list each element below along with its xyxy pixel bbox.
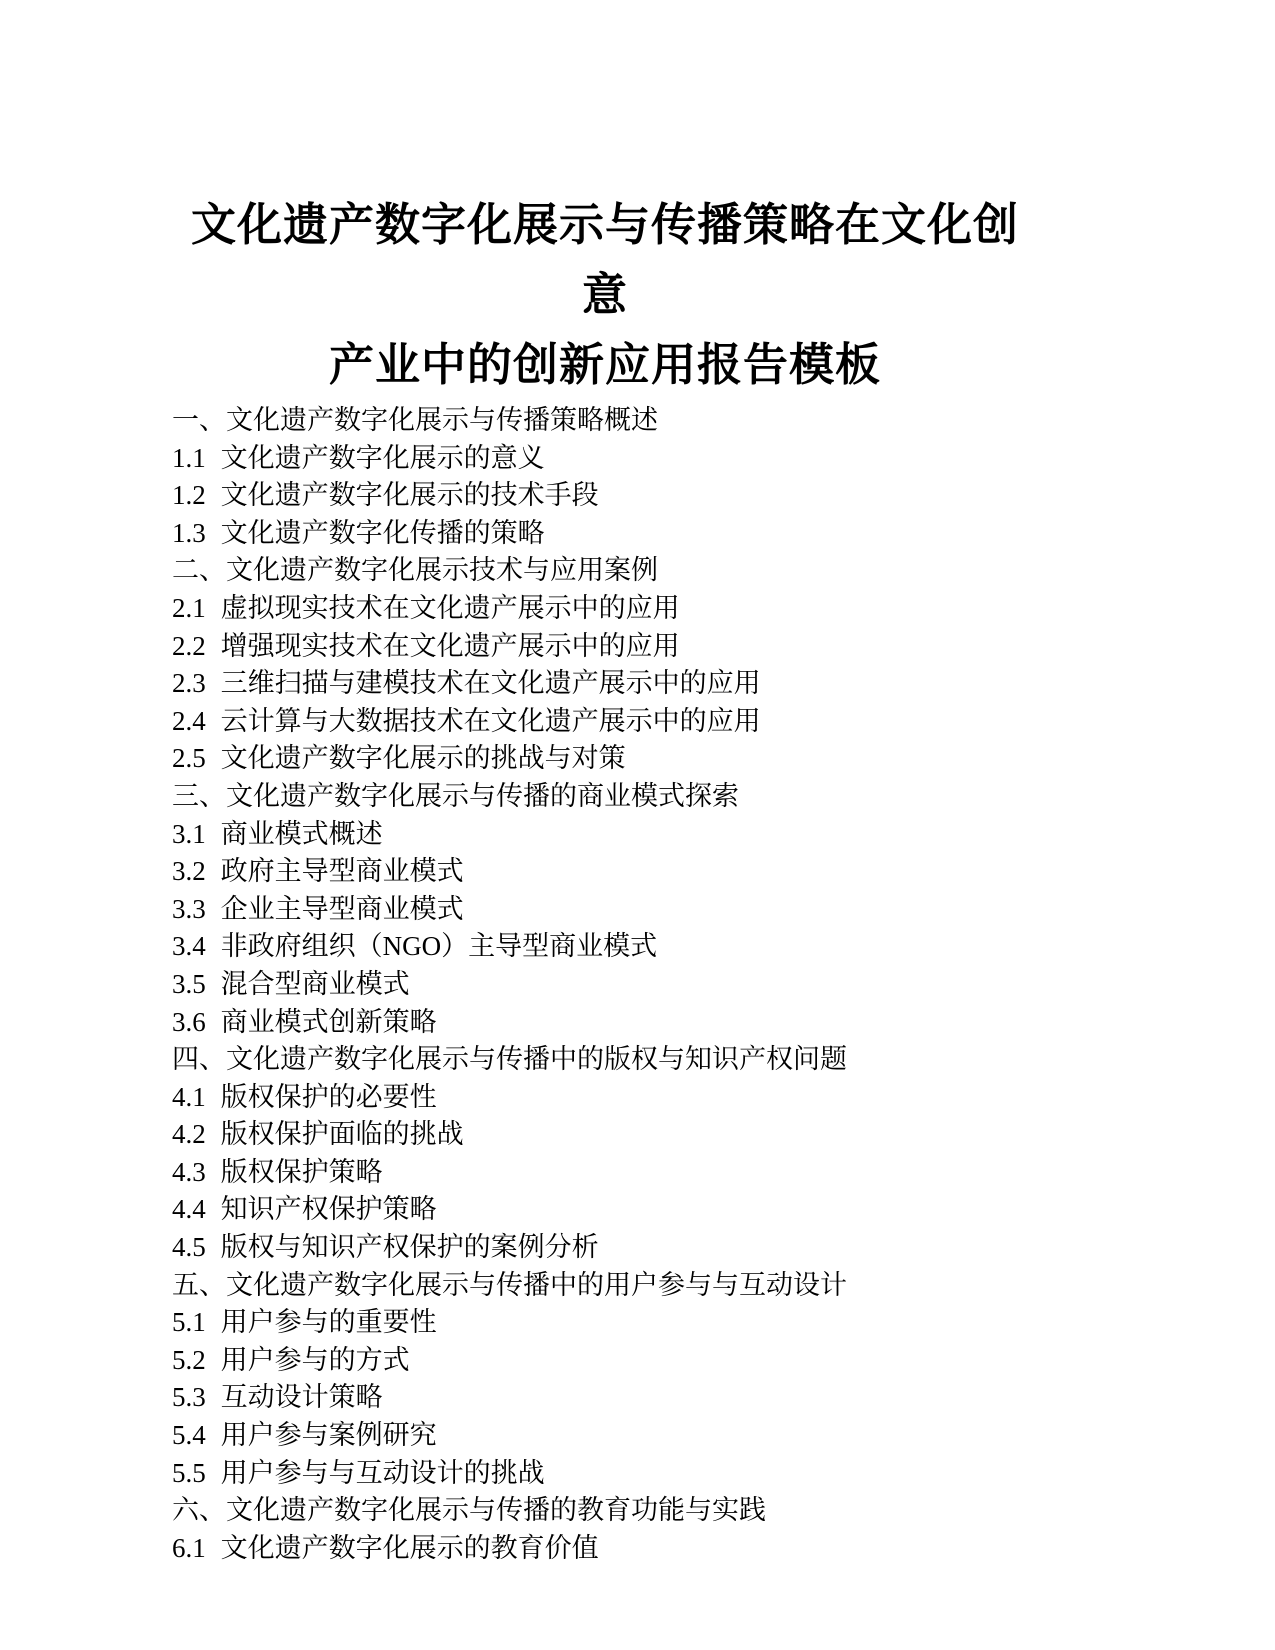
toc-item-number: 4.4 [172,1191,206,1229]
toc-item: 2.4云计算与大数据技术在文化遗产展示中的应用 [172,703,1038,741]
toc-item-label: 版权保护的必要性 [221,1082,437,1112]
toc-item: 2.1虚拟现实技术在文化遗产展示中的应用 [172,590,1038,628]
toc-item-number: 3.4 [172,928,206,966]
toc-item-label: 版权保护面临的挑战 [221,1119,464,1149]
toc-item-number: 4.3 [172,1154,206,1192]
toc-item-label: 文化遗产数字化展示与传播的教育功能与实践 [226,1495,766,1525]
toc-item: 2.3三维扫描与建模技术在文化遗产展示中的应用 [172,665,1038,703]
toc-item-number: 一、 [172,402,226,440]
toc-item-number: 3.1 [172,816,206,854]
toc-item-label: 互动设计策略 [221,1382,383,1412]
toc-item: 1.1文化遗产数字化展示的意义 [172,440,1038,478]
toc-item-number: 五、 [172,1267,226,1305]
toc-item-label: 文化遗产数字化展示的意义 [221,443,545,473]
toc-item-number: 3.2 [172,853,206,891]
toc-item: 5.4用户参与案例研究 [172,1417,1038,1455]
toc-item-number: 3.5 [172,966,206,1004]
toc-item-number: 2.4 [172,703,206,741]
toc-item-label: 用户参与的方式 [221,1345,410,1375]
toc-item-label: 文化遗产数字化展示与传播的商业模式探索 [226,781,739,811]
toc-item-label: 用户参与案例研究 [221,1420,437,1450]
document-page: 文化遗产数字化展示与传播策略在文化创意 产业中的创新应用报告模板 一、文化遗产数… [0,0,1275,1650]
toc-item-label: 知识产权保护策略 [221,1194,437,1224]
toc-item-number: 2.1 [172,590,206,628]
toc-item-number: 六、 [172,1492,226,1530]
toc-item-number: 二、 [172,552,226,590]
toc-item: 五、文化遗产数字化展示与传播中的用户参与与互动设计 [172,1267,1038,1305]
toc-item: 三、文化遗产数字化展示与传播的商业模式探索 [172,778,1038,816]
toc-item-number: 1.3 [172,515,206,553]
toc-item-label: 非政府组织（NGO）主导型商业模式 [221,931,658,961]
toc-item: 3.4非政府组织（NGO）主导型商业模式 [172,928,1038,966]
toc-item-label: 用户参与与互动设计的挑战 [221,1458,545,1488]
document-title-line1: 文化遗产数字化展示与传播策略在文化创意 [191,200,1019,320]
toc-item-number: 4.5 [172,1229,206,1267]
toc-item-label: 企业主导型商业模式 [221,894,464,924]
toc-item-label: 文化遗产数字化展示与传播策略概述 [226,405,658,435]
toc-item: 四、文化遗产数字化展示与传播中的版权与知识产权问题 [172,1041,1038,1079]
toc-item: 1.2文化遗产数字化展示的技术手段 [172,477,1038,515]
toc-item-number: 5.2 [172,1342,206,1380]
toc-item: 5.5用户参与与互动设计的挑战 [172,1455,1038,1493]
toc-item-number: 4.2 [172,1116,206,1154]
toc-item-number: 2.3 [172,665,206,703]
toc-item: 2.2增强现实技术在文化遗产展示中的应用 [172,628,1038,666]
table-of-contents: 一、文化遗产数字化展示与传播策略概述1.1文化遗产数字化展示的意义1.2文化遗产… [172,402,1038,1567]
toc-item-number: 3.6 [172,1004,206,1042]
toc-item-number: 5.1 [172,1304,206,1342]
toc-item-label: 用户参与的重要性 [221,1307,437,1337]
toc-item: 3.6商业模式创新策略 [172,1004,1038,1042]
toc-item-label: 政府主导型商业模式 [221,856,464,886]
toc-item: 4.2版权保护面临的挑战 [172,1116,1038,1154]
toc-item-number: 2.5 [172,740,206,778]
toc-item-label: 商业模式创新策略 [221,1007,437,1037]
toc-item: 二、文化遗产数字化展示技术与应用案例 [172,552,1038,590]
toc-item-number: 四、 [172,1041,226,1079]
toc-item-label: 虚拟现实技术在文化遗产展示中的应用 [221,593,680,623]
toc-item-number: 3.3 [172,891,206,929]
toc-item-label: 商业模式概述 [221,819,383,849]
toc-item-label: 云计算与大数据技术在文化遗产展示中的应用 [221,706,761,736]
toc-item: 5.3互动设计策略 [172,1379,1038,1417]
toc-item-label: 文化遗产数字化展示的教育价值 [221,1533,599,1563]
toc-item: 六、文化遗产数字化展示与传播的教育功能与实践 [172,1492,1038,1530]
toc-item-number: 4.1 [172,1079,206,1117]
toc-item-number: 5.3 [172,1379,206,1417]
toc-item: 3.5混合型商业模式 [172,966,1038,1004]
toc-item-label: 文化遗产数字化展示与传播中的版权与知识产权问题 [226,1044,847,1074]
toc-item-label: 混合型商业模式 [221,969,410,999]
toc-item: 4.4知识产权保护策略 [172,1191,1038,1229]
toc-item-label: 文化遗产数字化展示的技术手段 [221,480,599,510]
document-title-line2: 产业中的创新应用报告模板 [329,340,881,390]
toc-item-label: 版权与知识产权保护的案例分析 [221,1232,599,1262]
toc-item-label: 三维扫描与建模技术在文化遗产展示中的应用 [221,668,761,698]
toc-item-label: 版权保护策略 [221,1157,383,1187]
toc-item-label: 文化遗产数字化展示技术与应用案例 [226,555,658,585]
toc-item: 一、文化遗产数字化展示与传播策略概述 [172,402,1038,440]
toc-item: 4.3版权保护策略 [172,1154,1038,1192]
toc-item-number: 2.2 [172,628,206,666]
toc-item: 5.2用户参与的方式 [172,1342,1038,1380]
toc-item-number: 5.5 [172,1455,206,1493]
toc-item: 4.1版权保护的必要性 [172,1079,1038,1117]
toc-item-label: 增强现实技术在文化遗产展示中的应用 [221,631,680,661]
toc-item-number: 1.2 [172,477,206,515]
toc-item-number: 5.4 [172,1417,206,1455]
toc-item: 3.3企业主导型商业模式 [172,891,1038,929]
toc-item: 6.1文化遗产数字化展示的教育价值 [172,1530,1038,1568]
toc-item: 4.5版权与知识产权保护的案例分析 [172,1229,1038,1267]
toc-item: 3.2政府主导型商业模式 [172,853,1038,891]
toc-item: 5.1用户参与的重要性 [172,1304,1038,1342]
toc-item-label: 文化遗产数字化展示与传播中的用户参与与互动设计 [226,1270,847,1300]
toc-item: 3.1商业模式概述 [172,816,1038,854]
toc-item-number: 三、 [172,778,226,816]
toc-item-number: 1.1 [172,440,206,478]
toc-item: 1.3文化遗产数字化传播的策略 [172,515,1038,553]
toc-item-number: 6.1 [172,1530,206,1568]
toc-item: 2.5文化遗产数字化展示的挑战与对策 [172,740,1038,778]
toc-item-label: 文化遗产数字化传播的策略 [221,518,545,548]
document-title: 文化遗产数字化展示与传播策略在文化创意 产业中的创新应用报告模板 [172,190,1038,400]
toc-item-label: 文化遗产数字化展示的挑战与对策 [221,743,626,773]
